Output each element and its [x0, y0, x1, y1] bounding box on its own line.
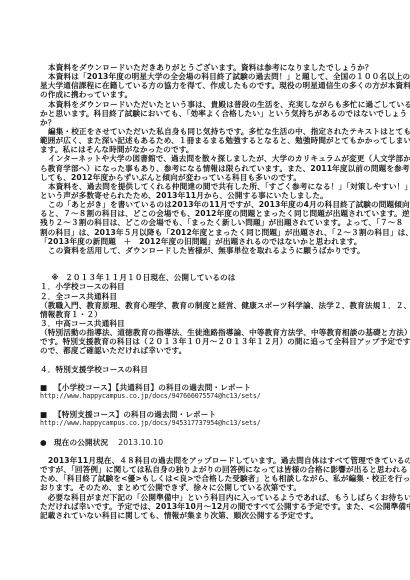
text-line: 記載されていない科目に関しても、情報が集まり次第、順次公開する予定です。: [40, 511, 375, 520]
status-date: 2013.10.10: [118, 438, 163, 447]
closing-paragraph: 2013年11月現在、４８科目の過去問をアップロードしています。過去問自体はすべ…: [40, 456, 375, 520]
square-bullet-icon: ■: [40, 410, 54, 419]
link-url[interactable]: http://www.happycampus.co.jp/docs/947666…: [40, 392, 375, 401]
spacer: [40, 401, 375, 410]
text-line: 範囲が広く、また深い記述もあるため、１冊まるまる勉強するとなると、勉強時間がとて…: [40, 136, 375, 145]
text-line: ただければ幸いです。予定では、2013年10月～12月の間ですべて公開する予定で…: [40, 502, 375, 511]
link-title: ■【特別支援コース】の科目の過去問・レポート: [40, 410, 375, 419]
intro-paragraph-5: インターネットや大学の図書館で、過去問を散々探しましたが、大学のカリキュラムが変…: [40, 154, 375, 181]
list-item-detail: （教職入門、教育原理、教育心理学、教育の制度と経営、健康スポーツ科学論、法学２、…: [40, 301, 375, 310]
link-title: ■【小学校コース】【共通科目】の科目の過去問・レポート: [40, 383, 375, 392]
text-line: 本資料をダウンロードいただいたという事は、貴殿は普段の生活を、充実しながらも多忙…: [40, 100, 375, 109]
text-line: か？: [40, 118, 375, 127]
list-item-detail: ので、都度ご確認いただければ幸いです。: [40, 346, 375, 355]
link-url[interactable]: http://www.happycampus.co.jp/docs/945317…: [40, 419, 375, 428]
list-item-detail: 情報教育１・２）: [40, 310, 375, 319]
text-line: ら教育学部へ）になった事もあり、参考になる情報は限られています。また、2011年…: [40, 164, 375, 173]
text-line: インターネットや大学の図書館で、過去問を散々探しましたが、大学のカリキュラムが変…: [40, 154, 375, 163]
status-label: 現在の公開状況: [54, 438, 108, 447]
intro-paragraph-4: 編集・校正をさせていただいた私自身も同じ気持ちです。多忙な生活の中、指定されたテ…: [40, 127, 375, 154]
text-line: の作成に携わっています。: [40, 90, 375, 99]
intro-paragraph-3: 本資料をダウンロードいただいたという事は、貴殿は普段の生活を、充実しながらも多忙…: [40, 100, 375, 127]
text-line: 割の科目」は、2013年５月以降も「2012年度とまったく同じ問題」が出題され、…: [40, 228, 375, 237]
square-bullet-icon: ■: [40, 383, 54, 392]
text-line: 編集・校正をさせていただいた私自身も同じ気持ちです。多忙な生活の中、指定されたテ…: [40, 127, 375, 136]
list-item: １．小学校コースの科目: [40, 282, 375, 291]
text-line: 本資料を、過去問を提供してくれる仲間達の間で共有した所、「すごく参考になる！」「…: [40, 182, 375, 191]
text-line: という声が多数寄せられたため、2013年11月から、公開する事にいたしました。: [40, 191, 375, 200]
link-title-text: 【特別支援コース】の科目の過去問・レポート: [54, 410, 216, 419]
circle-bullet-icon: ●: [40, 438, 54, 447]
text-line: 残り２～３割の科目は、どこの会場でも、「まったく新しい問題」が出題されています。…: [40, 218, 375, 227]
spacer: [40, 447, 375, 456]
notice-text: ２０１３年１１月１０日現在、公開しているのは: [65, 273, 235, 282]
intro-paragraph-6: 本資料を、過去問を提供してくれる仲間達の間で共有した所、「すごく参考になる！」「…: [40, 182, 375, 200]
link-block-elementary: ■【小学校コース】【共通科目】の科目の過去問・レポート http://www.h…: [40, 383, 375, 401]
text-line: 2013年11月現在、４８科目の過去問をアップロードしています。過去問自体はすべ…: [40, 456, 375, 465]
spacer: [40, 374, 375, 383]
text-line: 本資料をダウンロードいただきありがとうございます。資料は参考になりましたでしょう…: [40, 63, 375, 72]
document-page: 本資料をダウンロードいただきありがとうございます。資料は参考になりましたでしょう…: [40, 63, 375, 520]
list-item-detail: です。特別支援教育の科目は（２０１３年１０月～２０１３年１２月）の間に追って全科…: [40, 337, 375, 346]
list-item-detail: （特別活動の指導法、道徳教育の指導法、生徒進路指導論、中等教育方法学、中等教育相…: [40, 328, 375, 337]
spacer: [40, 255, 375, 264]
intro-paragraph-8: この資料を活用して、ダウンロードした皆様が、無事単位を取れるように願うばかりです…: [40, 246, 375, 255]
notice-line: ※２０１３年１１月１０日現在、公開しているのは: [40, 264, 375, 273]
text-line: かと思います。科目終了試験においても、「効率よく合格したい」という気持ちがあるの…: [40, 109, 375, 118]
text-line: この「あとがき」を書いているのは2013年の11月ですが、2013年度の4月の科…: [40, 200, 375, 209]
text-line: おります。そのため、まとめて公開できず、徐々に公開している次第です。: [40, 483, 375, 492]
list-item: ２．全コース共通科目: [40, 292, 375, 301]
status-heading: ●現在の公開状況2013.10.10: [40, 438, 375, 447]
intro-paragraph-7: この「あとがき」を書いているのは2013年の11月ですが、2013年度の4月の科…: [40, 200, 375, 246]
text-line: この資料を活用して、ダウンロードした皆様が、無事単位を取れるように願うばかりです…: [40, 246, 375, 255]
link-block-special-support: ■【特別支援コース】の科目の過去問・レポート http://www.happyc…: [40, 410, 375, 428]
text-line: 「2013年度の新問題 ＋ 2012年度の旧問題」が出題されるのではないかと思わ…: [40, 237, 375, 246]
list-item: ４．特別支援学校コースの科目: [40, 365, 375, 374]
course-list: １．小学校コースの科目 ２．全コース共通科目 （教職入門、教育原理、教育心理学、…: [40, 282, 375, 373]
spacer: [40, 356, 375, 365]
list-item: ３．中高コース共通科目: [40, 319, 375, 328]
text-line: ですが、「回答例」に関しては私自身の独りよがりの回答例になっては皆様の合格に影響…: [40, 465, 375, 474]
text-line: しても、2012年度からずいぶんと傾向が変わっている科目も多いのです。: [40, 173, 375, 182]
spacer: [40, 429, 375, 438]
intro-paragraph-2: 本資料は「2013年度の明星大学の全会場の科目終了試験の過去問！」と題して、全国…: [40, 72, 375, 99]
link-title-text: 【小学校コース】【共通科目】の科目の過去問・レポート: [54, 383, 251, 392]
text-line: 必要な科目がまだ下記の「公開準備中」という科目内に入っているようであれば、もうし…: [40, 493, 375, 502]
intro-paragraph-1: 本資料をダウンロードいただきありがとうございます。資料は参考になりましたでしょう…: [40, 63, 375, 72]
text-line: 本資料は「2013年度の明星大学の全会場の科目終了試験の過去問！」と題して、全国…: [40, 72, 375, 81]
